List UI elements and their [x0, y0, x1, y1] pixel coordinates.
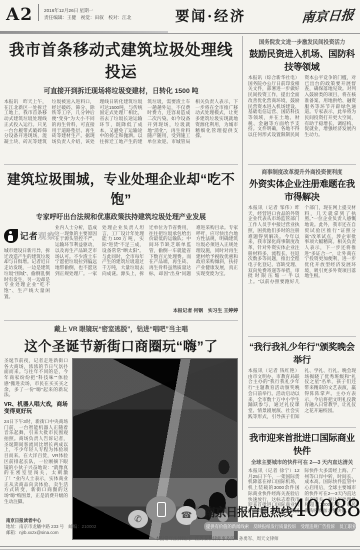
observer-dek: 专家呼吁出台法规和优惠政策扶持建筑垃圾处理产业发展 [4, 211, 238, 221]
newspaper-page: A2 2016年12月26日 星期一 责任编辑：王健 视觉：田叙 校对：江北 要… [0, 0, 360, 550]
hotline-services-bar: 提供有价值的新闻线索 反映报纸发行质量投诉 受理违规广告投诉 员工职业道德投诉 [204, 522, 356, 531]
right1-body: 本报讯（综合新华社电）国务院办公厅日前印发相关文件，部署进一步做好民间投资工作，… [248, 75, 356, 161]
christmas-kicker: 戴上 VR 眼镜玩“密室逃脱”，钻进“唱吧”当主唱 [4, 324, 238, 333]
story-main: 我市首条移动式建筑垃圾处理线投运 可直接开到拆迁现场将垃圾变建材，日转化 150… [4, 38, 238, 161]
reporter-silhouette-icon [4, 229, 18, 243]
section-title: 要闻·经济 [131, 4, 290, 26]
observer-body: 业内人士分析，造成这一现象的主要原因在于源头管控不严、运输环节利益驱动，以及再生… [55, 225, 238, 308]
observer-byline: 本报记者 何钢 实习生 王婷婷 [55, 309, 238, 315]
edition-number: A2 [6, 4, 33, 26]
right4-dek: 全球主要城市的快件可在 2—3 天内直达清关 [248, 459, 356, 466]
reader-center-block: 南京日报读者中心 地址：南京市龙蟠中路 233 号 邮编：210002 邮箱：n… [6, 518, 96, 536]
page-footer: 南京日报读者中心 地址：南京市龙蟠中路 233 号 邮编：210002 邮箱：n… [0, 492, 360, 550]
left-region: 我市首条移动式建筑垃圾处理线投运 可直接开到拆迁现场将垃圾变建材，日转化 150… [4, 36, 242, 490]
right1-kicker: 国务院发文进一步激发民间投资活力 [248, 38, 356, 46]
story-private-capital: 国务院发文进一步激发民间投资活力 鼓励民资进入机场、国防科技等领域 本报讯（综合… [248, 38, 356, 161]
page-header: A2 2016年12月26日 星期一 责任编辑：王健 视觉：田叙 校对：江北 要… [6, 4, 354, 30]
observer-badge: 记者观察 [4, 229, 50, 243]
observer-badge-label: 记者观察 [20, 230, 56, 242]
divider [4, 320, 238, 321]
bottom-rule [0, 546, 360, 547]
observer-lead: 城市建设日新月异，拆迁改造产生的建筑垃圾却与日俱增。记者近日走访发现，一边是建筑… [4, 248, 50, 312]
divider [248, 336, 356, 337]
staff-line: 责任编辑：王健 视觉：田叙 校对：江北 [44, 14, 131, 21]
header-rule [0, 31, 360, 34]
right2-headline: 外资实体企业注册难题在我市得解决 [248, 177, 356, 203]
observer-headline: 建筑垃圾围城，专业处理企业却“吃不饱” [4, 168, 238, 208]
main-body: 本报讯 昨天上午，在江北新区一处拆迁工地上，我市首条移动式建筑垃圾处理线正式投入… [4, 99, 238, 161]
hotline-label: 南京日报信息热线 [204, 504, 292, 520]
divider [248, 164, 356, 165]
christmas-headline: 这个圣诞节新街口商圈玩“嗨”了 [4, 335, 238, 355]
legal-counsel-line: 本报常年法律顾问：江苏泰和律师事务所 孙勇军、周天文律师 [80, 536, 354, 542]
story-etiquette-gala: “我行我礼少年行”颁奖晚会举行 本报讯（记者 钱红艳）由市文明办、市教育局联合主… [248, 340, 356, 424]
mobile-bubble-icon [146, 496, 176, 523]
christmas-subhead: VR、机器人唱大戏，商场变得更好玩 [4, 402, 68, 416]
right1-headline: 鼓励民资进入机场、国防科技等领域 [248, 47, 356, 73]
hotline-block: 南京日报信息热线 4008885998 提供有价值的新闻线索 反映报纸发行质量投… [204, 498, 356, 531]
hotline-number: 4008885998 [292, 498, 360, 520]
right3-body: 本报讯（记者 钱红艳）由市文明办、市教育局联合主办的“我行我礼少年行”主题教育活… [248, 368, 356, 424]
divider [248, 427, 356, 428]
masthead-logo: 南京日报 [289, 2, 355, 26]
content-area: 我市首条移动式建筑垃圾处理线投运 可直接开到拆迁现场将垃圾变建材，日转化 150… [4, 36, 356, 490]
story-observer: 建筑垃圾围城，专业处理企业却“吃不饱” 专家呼吁出台法规和优惠政策扶持建筑垃圾处… [4, 168, 238, 317]
observer-badge-column: 记者观察 城市建设日新月异，拆迁改造产生的建筑垃圾却与日俱增。记者近日走访发现，… [4, 225, 50, 317]
right3-headline: “我行我礼少年行”颁奖晚会举行 [248, 340, 356, 366]
right4-headline: 我市迎来首批进口国际商业快件 [248, 431, 356, 457]
story-foreign-registration: 商事制度改革提升外商投资便利度 外资实体企业注册难题在我市得解决 本报讯（记者 … [248, 168, 356, 333]
right2-kicker: 商事制度改革提升外商投资便利度 [248, 168, 356, 176]
divider [4, 164, 238, 165]
right-column: 国务院发文进一步激发民间投资活力 鼓励民资进入机场、国防科技等领域 本报讯（综合… [242, 36, 356, 490]
pager-bubble-icon: ✆ [128, 510, 148, 528]
main-dek: 可直接开到拆迁现场将垃圾变建材，日转化 1500 吨 [4, 85, 238, 95]
date-line: 2016年12月26日 星期一 [44, 7, 131, 14]
main-headline: 我市首条移动式建筑垃圾处理线投运 [4, 38, 238, 82]
edition-meta: 2016年12月26日 星期一 责任编辑：王健 视觉：田叙 校对：江北 [38, 4, 131, 21]
observer-body-wrap: 业内人士分析，造成这一现象的主要原因在于源头管控不严、运输环节利益驱动，以及再生… [55, 225, 238, 317]
christmas-body1: 圣诞节前夜，记者走进新街口各大商场，浓浓的节日气氛扑面而来。与往年不同的是，今年… [4, 358, 68, 398]
right2-body: 本报讯（记者 邹伟）昨天，经营进口食品的外资企业代表从市场监管部门工作人员手中接… [248, 205, 356, 333]
